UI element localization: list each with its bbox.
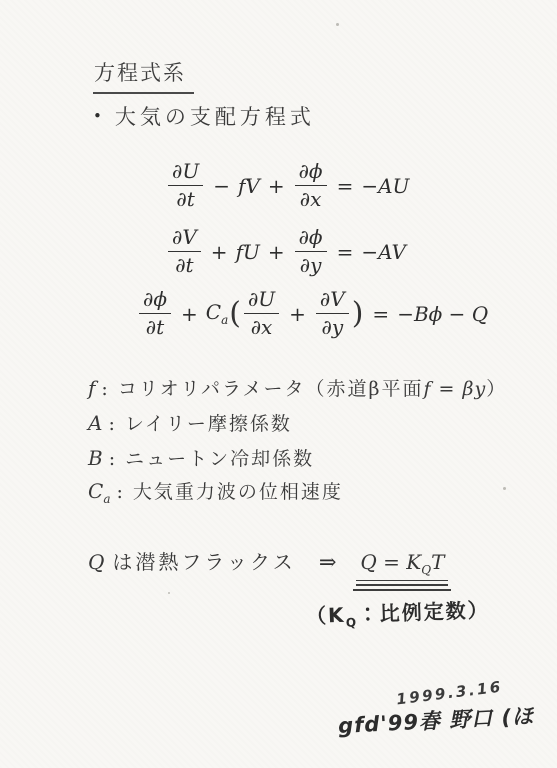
fraction: ∂ϕ ∂y [295,226,327,277]
math-term: fU [236,240,260,264]
q-result-underline-mid: Q = KQT [356,550,448,586]
equation-v-momentum: ∂V ∂t + fU + ∂ϕ ∂y = −AV [166,226,406,277]
definition-row-f: f : コリオリパラメータ（赤道β平面 f = βy ） [88,374,507,401]
subscript: a [221,313,228,327]
equals-sign: = [337,174,354,198]
section-heading: • 大気の支配方程式 [93,101,315,131]
definition-row-b: B : ニュートン冷却係数 [88,444,314,471]
denominator: ∂t [146,314,164,339]
fraction: ∂ϕ ∂x [295,160,327,211]
definition-row-ca: Ca : 大気重力波の位相速度 [88,477,343,506]
q-flux-statement: Q は潜熱フラックス ⇒ Q = KQT [88,546,451,591]
math-symbol: Q [88,550,104,574]
page-title: 方程式系 [93,57,194,94]
definition-text: ） [486,374,507,401]
math-operator: + [268,240,285,264]
denominator: ∂t [176,186,194,211]
math-term: −Bϕ − Q [397,302,488,326]
handwritten-signature: gfd'99春 野口 (ほ [337,700,534,740]
bullet-icon: • [93,107,106,125]
definition-row-a: A : レイリー摩擦係数 [88,409,292,436]
numerator: ∂ϕ [139,288,171,314]
math-symbol: Ca [88,479,110,506]
numerator: ∂V [168,226,201,252]
math-symbol: A [88,411,102,435]
handwritten-note: （KQ：比例定数） [306,594,491,631]
definition-text: コリオリパラメータ（赤道β平面 [118,374,424,401]
fraction: ∂V ∂t [168,226,201,277]
math-term: −AU [361,174,409,198]
q-result-formula: Q = KQT [356,550,448,581]
left-paren: ( [229,299,241,329]
section-heading-text: 大気の支配方程式 [115,101,315,131]
math-operator: − [213,174,230,198]
implies-arrow-icon: ⇒ [319,550,337,574]
subscript: Q [346,615,359,629]
statement-text: は潜熱フラックス [112,546,295,575]
equals-sign: = [372,302,389,326]
math-operator: + [289,302,306,326]
right-paren: ) [352,299,364,329]
numerator: ∂V [316,288,349,314]
numerator: ∂U [244,288,279,314]
denominator: ∂t [175,252,193,277]
equals-sign: = [337,240,354,264]
denominator: ∂x [300,186,322,211]
definition-text: レイリー摩擦係数 [125,409,292,436]
math-term: Ca [206,300,228,327]
math-operator: + [181,302,198,326]
denominator: ∂y [321,314,343,339]
definition-text: ニュートン冷却係数 [125,444,314,471]
definition-math: f = βy [423,378,486,400]
colon: : [116,481,122,503]
numerator: ∂U [168,160,203,186]
colon: : [108,413,114,435]
math-term: fV [238,174,260,198]
fraction: ∂U ∂x [244,288,279,339]
equation-u-momentum: ∂U ∂t − fV + ∂ϕ ∂x = −AU [166,160,409,211]
subscript: a [103,492,110,506]
scan-speck [168,592,170,594]
math-term: −AV [361,240,406,264]
fraction: ∂V ∂y [316,288,349,339]
denominator: ∂x [251,314,273,339]
numerator: ∂ϕ [295,160,327,186]
colon: : [109,448,115,470]
denominator: ∂y [300,252,322,277]
colon: : [101,378,107,400]
math-symbol: B [88,446,103,470]
scan-speck [503,487,506,490]
page-title-text: 方程式系 [94,61,186,85]
fraction: ∂U ∂t [168,160,203,211]
scanned-document-page: 方程式系 • 大気の支配方程式 ∂U ∂t − fV + ∂ϕ ∂x = −AU… [0,0,557,768]
scan-speck [336,23,339,26]
equation-geopotential: ∂ϕ ∂t + Ca ( ∂U ∂x + ∂V ∂y ) = −Bϕ − Q [137,288,488,339]
fraction: ∂ϕ ∂t [139,288,171,339]
numerator: ∂ϕ [295,226,327,252]
math-operator: + [268,174,285,198]
definition-text: 大気重力波の位相速度 [133,477,343,504]
math-operator: + [211,240,228,264]
q-result-underline-outer: Q = KQT [353,550,451,591]
math-symbol: f [88,376,95,400]
subscript: Q [421,563,431,577]
